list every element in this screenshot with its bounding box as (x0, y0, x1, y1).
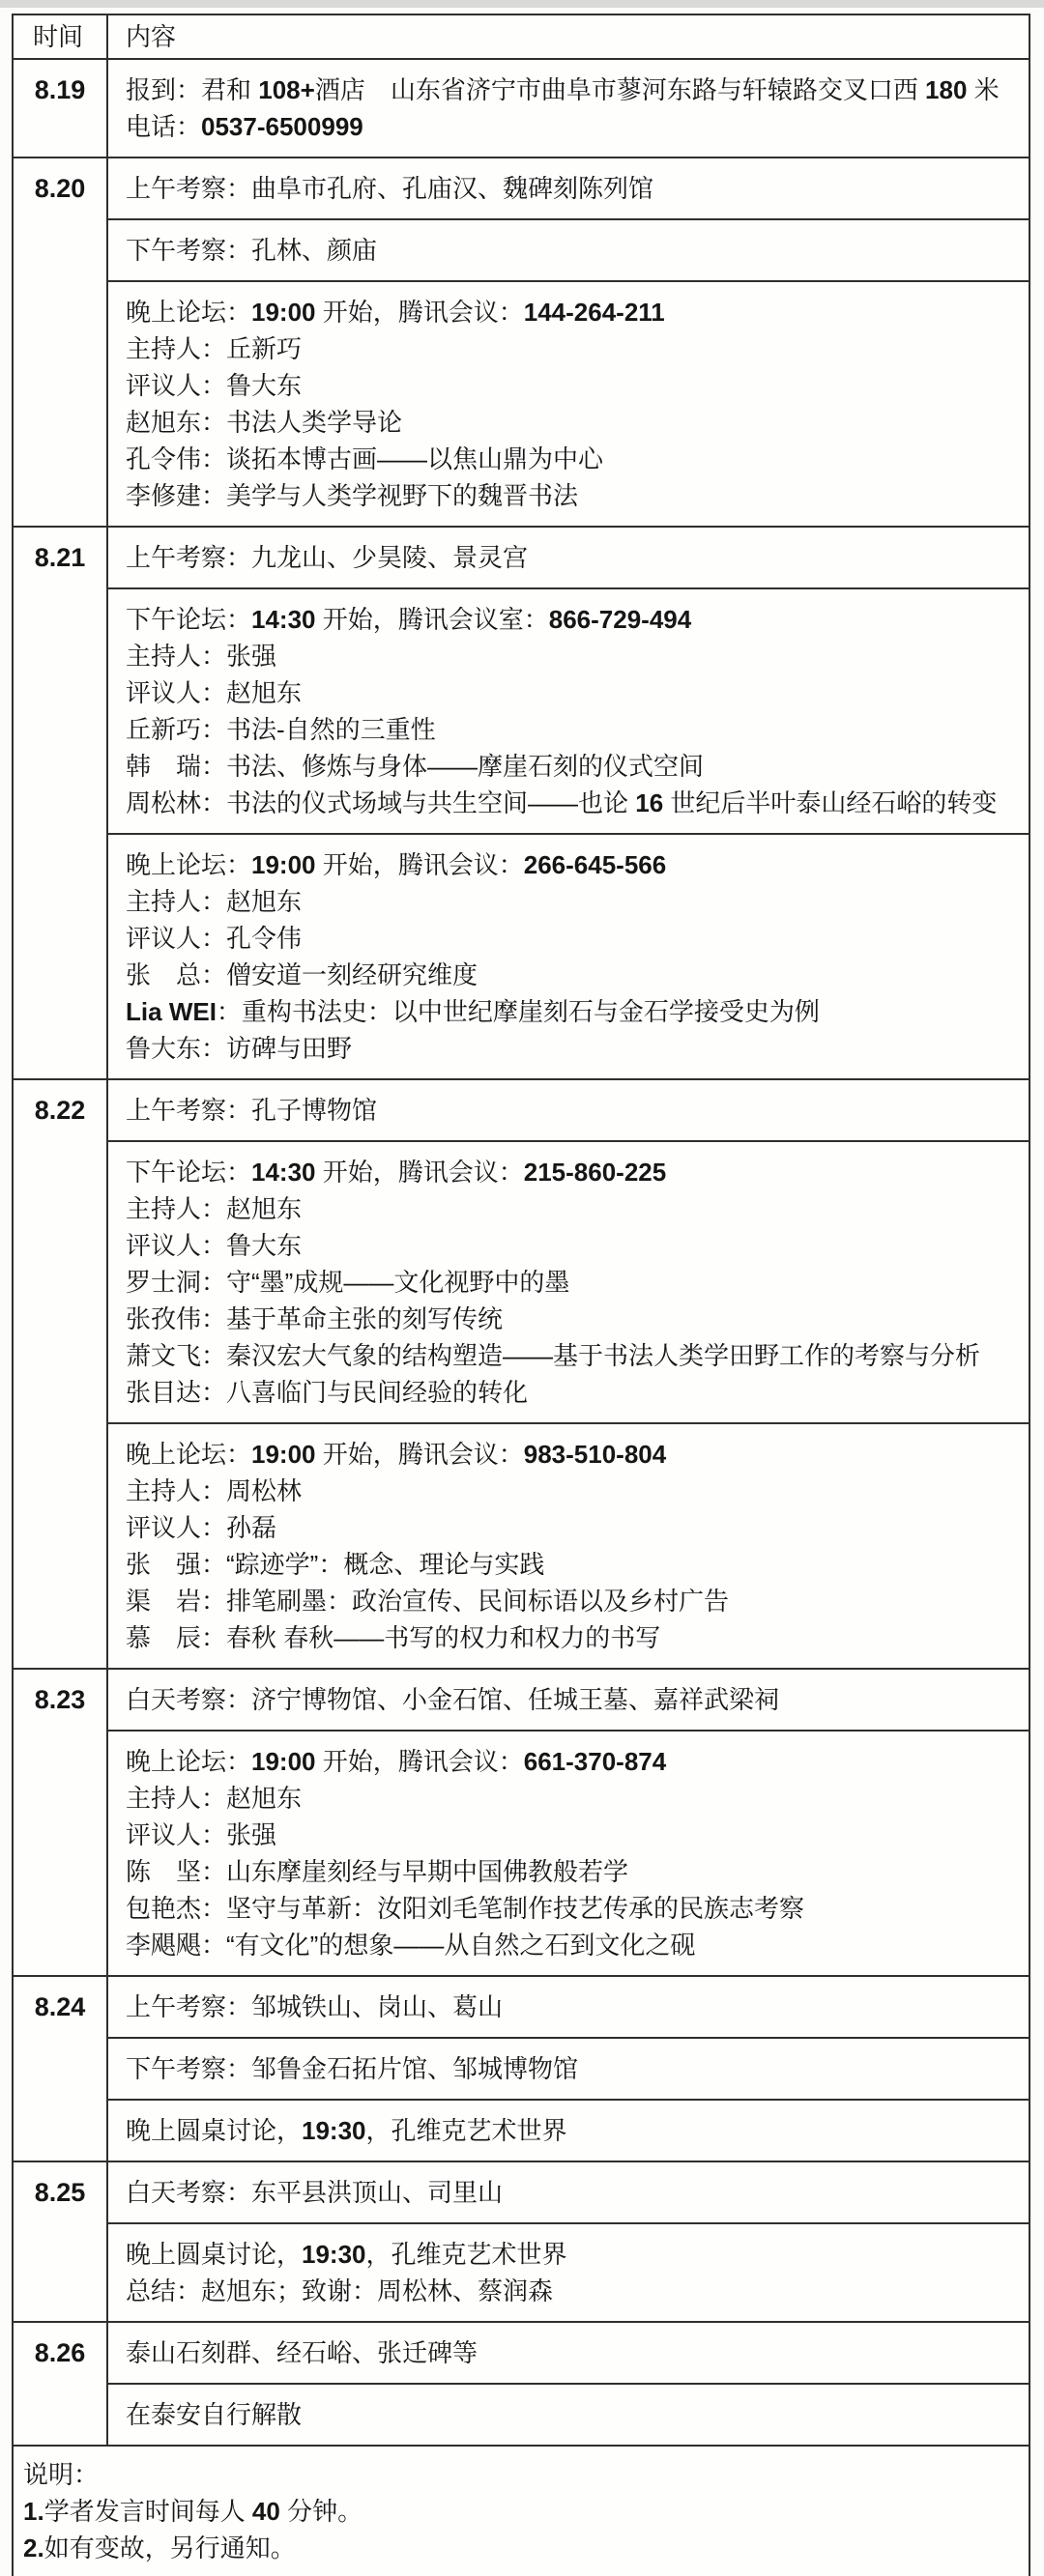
schedule-line: 电话：0537-6500999 (126, 108, 1015, 145)
schedule-row: 8.21上午考察：九龙山、少昊陵、景灵宫 (13, 527, 1029, 588)
schedule-row: 晚上论坛：19:00 开始，腾讯会议：661-370-874主持人：赵旭东评议人… (13, 1731, 1029, 1976)
schedule-row: 8.25白天考察：东平县洪顶山、司里山 (13, 2161, 1029, 2223)
schedule-line: 评议人：孙磊 (126, 1509, 1015, 1546)
content-cell: 下午考察：孔林、颜庙 (107, 219, 1029, 281)
content-cell: 下午考察：邹鲁金石拓片馆、邹城博物馆 (107, 2038, 1029, 2100)
header-content: 内容 (107, 14, 1029, 59)
content-cell: 上午考察：九龙山、少昊陵、景灵宫 (107, 527, 1029, 588)
schedule-line: 李修建：美学与人类学视野下的魏晋书法 (126, 477, 1015, 514)
schedule-row: 在泰安自行解散 (13, 2384, 1029, 2446)
content-cell: 白天考察：东平县洪顶山、司里山 (107, 2161, 1029, 2223)
notes-item: 2.如有变故，另行通知。 (23, 2530, 1015, 2566)
schedule-row: 8.26泰山石刻群、经石峪、张迁碑等 (13, 2322, 1029, 2384)
schedule-line: 评议人：孔令伟 (126, 920, 1015, 957)
schedule-line: 上午考察：九龙山、少昊陵、景灵宫 (126, 539, 1015, 576)
content-cell: 泰山石刻群、经石峪、张迁碑等 (107, 2322, 1029, 2384)
schedule-line: 张孜伟：基于革命主张的刻写传统 (126, 1301, 1015, 1337)
content-cell: 晚上论坛：19:00 开始，腾讯会议：144-264-211主持人：丘新巧评议人… (107, 281, 1029, 527)
schedule-line: 主持人：周松林 (126, 1473, 1015, 1509)
schedule-row: 8.23白天考察：济宁博物馆、小金石馆、任城王墓、嘉祥武梁祠 (13, 1669, 1029, 1731)
date-cell: 8.26 (13, 2322, 107, 2446)
schedule-line: 评议人：赵旭东 (126, 674, 1015, 711)
schedule-line: 白天考察：东平县洪顶山、司里山 (126, 2174, 1015, 2211)
schedule-line: 晚上论坛：19:00 开始，腾讯会议：983-510-804 (126, 1436, 1015, 1473)
schedule-line: 评议人：张强 (126, 1817, 1015, 1853)
date-cell: 8.21 (13, 527, 107, 1079)
content-cell: 上午考察：邹城铁山、岗山、葛山 (107, 1976, 1029, 2038)
schedule-line: 晚上圆桌讨论，19:30，孔维克艺术世界 (126, 2236, 1015, 2273)
content-cell: 上午考察：孔子博物馆 (107, 1079, 1029, 1141)
notes-section: 说明： 1.学者发言时间每人 40 分钟。 2.如有变故，另行通知。 (13, 2446, 1029, 2576)
content-cell: 下午论坛：14:30 开始，腾讯会议：215-860-225主持人：赵旭东评议人… (107, 1141, 1029, 1423)
schedule-line: 评议人：鲁大东 (126, 1227, 1015, 1264)
schedule-line: 包艳杰：坚守与革新：汝阳刘毛笔制作技艺传承的民族志考察 (126, 1890, 1015, 1927)
header-row: 时间 内容 (13, 14, 1029, 59)
date-cell: 8.20 (13, 157, 107, 527)
schedule-line: 晚上圆桌讨论，19:30，孔维克艺术世界 (126, 2112, 1015, 2149)
content-cell: 报到：君和 108+酒店 山东省济宁市曲阜市蓼河东路与轩辕路交叉口西 180 米… (107, 59, 1029, 157)
notes-title: 说明： (23, 2456, 1015, 2493)
schedule-line: 周松林：书法的仪式场域与共生空间——也论 16 世纪后半叶泰山经石峪的转变 (126, 785, 1015, 821)
content-cell: 上午考察：曲阜市孔府、孔庙汉、魏碑刻陈列馆 (107, 157, 1029, 219)
schedule-row: 晚上圆桌讨论，19:30，孔维克艺术世界总结：赵旭东；致谢：周松林、蔡润森 (13, 2223, 1029, 2322)
schedule-row: 晚上论坛：19:00 开始，腾讯会议：983-510-804主持人：周松林评议人… (13, 1423, 1029, 1669)
schedule-line: 晚上论坛：19:00 开始，腾讯会议：266-645-566 (126, 846, 1015, 883)
schedule-line: 上午考察：邹城铁山、岗山、葛山 (126, 1989, 1015, 2025)
schedule-line: 下午考察：孔林、颜庙 (126, 232, 1015, 269)
schedule-line: 张 总：僧安道一刻经研究维度 (126, 957, 1015, 993)
schedule-line: 主持人：赵旭东 (126, 883, 1015, 920)
schedule-row: 8.19报到：君和 108+酒店 山东省济宁市曲阜市蓼河东路与轩辕路交叉口西 1… (13, 59, 1029, 157)
schedule-line: 下午论坛：14:30 开始，腾讯会议室：866-729-494 (126, 601, 1015, 638)
schedule-row: 下午考察：邹鲁金石拓片馆、邹城博物馆 (13, 2038, 1029, 2100)
page-top-edge (0, 0, 1044, 8)
schedule-line: 李飓飓：“有文化”的想象——从自然之石到文化之砚 (126, 1927, 1015, 1963)
schedule-row: 晚上论坛：19:00 开始，腾讯会议：266-645-566主持人：赵旭东评议人… (13, 834, 1029, 1079)
schedule-line: 主持人：张强 (126, 638, 1015, 674)
content-cell: 下午论坛：14:30 开始，腾讯会议室：866-729-494主持人：张强评议人… (107, 588, 1029, 834)
schedule-line: 报到：君和 108+酒店 山东省济宁市曲阜市蓼河东路与轩辕路交叉口西 180 米 (126, 72, 1015, 108)
content-cell: 在泰安自行解散 (107, 2384, 1029, 2446)
header-time: 时间 (13, 14, 107, 59)
schedule-line: 在泰安自行解散 (126, 2396, 1015, 2433)
schedule-line: 晚上论坛：19:00 开始，腾讯会议：144-264-211 (126, 294, 1015, 330)
notes-item: 1.学者发言时间每人 40 分钟。 (23, 2493, 1015, 2530)
content-cell: 晚上圆桌讨论，19:30，孔维克艺术世界总结：赵旭东；致谢：周松林、蔡润森 (107, 2223, 1029, 2322)
schedule-line: 鲁大东：访碑与田野 (126, 1030, 1015, 1067)
schedule-line: 主持人：赵旭东 (126, 1780, 1015, 1817)
schedule-line: 韩 瑞：书法、修炼与身体——摩崖石刻的仪式空间 (126, 748, 1015, 785)
schedule-line: 主持人：赵旭东 (126, 1190, 1015, 1227)
schedule-line: 上午考察：曲阜市孔府、孔庙汉、魏碑刻陈列馆 (126, 170, 1015, 207)
schedule-line: 萧文飞：秦汉宏大气象的结构塑造——基于书法人类学田野工作的考察与分析 (126, 1337, 1015, 1374)
schedule-line: 罗士洞：守“墨”成规——文化视野中的墨 (126, 1264, 1015, 1301)
schedule-line: 丘新巧：书法-自然的三重性 (126, 711, 1015, 748)
schedule-line: 慕 辰：春秋 春秋——书写的权力和权力的书写 (126, 1619, 1015, 1656)
schedule-line: 孔令伟：谈拓本博古画——以焦山鼎为中心 (126, 441, 1015, 477)
schedule-row: 晚上圆桌讨论，19:30，孔维克艺术世界 (13, 2100, 1029, 2161)
schedule-line: 白天考察：济宁博物馆、小金石馆、任城王墓、嘉祥武梁祠 (126, 1681, 1015, 1718)
schedule-line: 下午考察：邹鲁金石拓片馆、邹城博物馆 (126, 2050, 1015, 2087)
schedule-line: 上午考察：孔子博物馆 (126, 1092, 1015, 1129)
date-cell: 8.19 (13, 59, 107, 157)
content-cell: 晚上论坛：19:00 开始，腾讯会议：983-510-804主持人：周松林评议人… (107, 1423, 1029, 1669)
content-cell: 晚上论坛：19:00 开始，腾讯会议：266-645-566主持人：赵旭东评议人… (107, 834, 1029, 1079)
content-cell: 白天考察：济宁博物馆、小金石馆、任城王墓、嘉祥武梁祠 (107, 1669, 1029, 1731)
schedule-row: 8.24上午考察：邹城铁山、岗山、葛山 (13, 1976, 1029, 2038)
schedule-line: 渠 岩：排笔刷墨：政治宣传、民间标语以及乡村广告 (126, 1583, 1015, 1619)
content-cell: 晚上论坛：19:00 开始，腾讯会议：661-370-874主持人：赵旭东评议人… (107, 1731, 1029, 1976)
content-cell: 晚上圆桌讨论，19:30，孔维克艺术世界 (107, 2100, 1029, 2161)
schedule-table: 时间 内容 8.19报到：君和 108+酒店 山东省济宁市曲阜市蓼河东路与轩辕路… (12, 14, 1030, 2576)
schedule-line: 主持人：丘新巧 (126, 330, 1015, 367)
schedule-line: 张目达：八喜临门与民间经验的转化 (126, 1374, 1015, 1411)
date-cell: 8.23 (13, 1669, 107, 1976)
notes-row: 说明： 1.学者发言时间每人 40 分钟。 2.如有变故，另行通知。 (13, 2446, 1029, 2576)
schedule-line: 晚上论坛：19:00 开始，腾讯会议：661-370-874 (126, 1743, 1015, 1780)
schedule-row: 8.20上午考察：曲阜市孔府、孔庙汉、魏碑刻陈列馆 (13, 157, 1029, 219)
schedule-line: 泰山石刻群、经石峪、张迁碑等 (126, 2334, 1015, 2371)
schedule-row: 下午论坛：14:30 开始，腾讯会议：215-860-225主持人：赵旭东评议人… (13, 1141, 1029, 1423)
schedule-line: 下午论坛：14:30 开始，腾讯会议：215-860-225 (126, 1154, 1015, 1190)
schedule-line: Lia WEI：重构书法史：以中世纪摩崖刻石与金石学接受史为例 (126, 993, 1015, 1030)
schedule-row: 晚上论坛：19:00 开始，腾讯会议：144-264-211主持人：丘新巧评议人… (13, 281, 1029, 527)
date-cell: 8.24 (13, 1976, 107, 2161)
schedule-row: 下午考察：孔林、颜庙 (13, 219, 1029, 281)
schedule-line: 总结：赵旭东；致谢：周松林、蔡润森 (126, 2273, 1015, 2309)
schedule-row: 8.22上午考察：孔子博物馆 (13, 1079, 1029, 1141)
date-cell: 8.22 (13, 1079, 107, 1669)
schedule-line: 陈 坚：山东摩崖刻经与早期中国佛教般若学 (126, 1853, 1015, 1890)
schedule-row: 下午论坛：14:30 开始，腾讯会议室：866-729-494主持人：张强评议人… (13, 588, 1029, 834)
schedule-line: 评议人：鲁大东 (126, 367, 1015, 404)
schedule-line: 赵旭东：书法人类学导论 (126, 404, 1015, 441)
schedule-line: 张 强：“踪迹学”：概念、理论与实践 (126, 1546, 1015, 1583)
date-cell: 8.25 (13, 2161, 107, 2322)
